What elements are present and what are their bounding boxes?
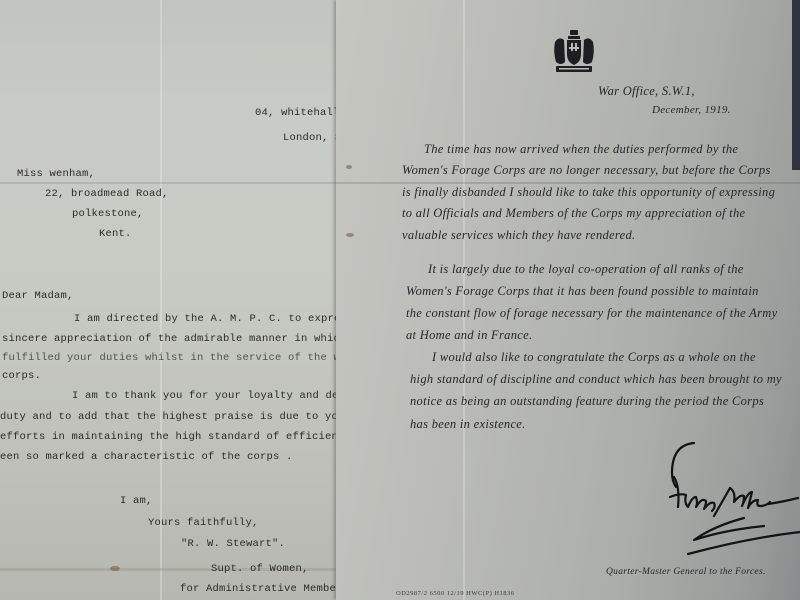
salutation: Dear Madam, <box>2 290 74 302</box>
background-edge <box>792 0 800 170</box>
paragraph-1-line-1: The time has now arrived when the duties… <box>424 142 738 157</box>
body-line-4: corps. <box>2 370 41 382</box>
closing-line1: I am, <box>120 495 153 507</box>
document-photo: 04, whitehall London, S Miss wenham, 22,… <box>0 0 800 600</box>
paragraph-1-line-2: Women's Forage Corps are no longer neces… <box>402 163 771 178</box>
sender-address-line1: 04, whitehall <box>255 107 340 119</box>
body-line-1: I am directed by the A. M. P. C. to expr… <box>74 313 340 325</box>
body-line-8: een so marked a characteristic of the co… <box>0 451 293 463</box>
stain <box>346 165 352 169</box>
paragraph-2-line-3: the constant flow of forage necessary fo… <box>406 306 777 321</box>
body-line-6: duty and to add that the highest praise … <box>0 411 340 423</box>
letter-date: December, 1919. <box>652 104 731 116</box>
office-address: War Office, S.W.1, <box>598 84 695 99</box>
recipient-street: 22, broadmead Road, <box>45 188 169 200</box>
paragraph-2-line-4: at Home and in France. <box>406 328 532 343</box>
handwritten-signature-icon <box>648 440 800 560</box>
body-line-2: sincere appreciation of the admirable ma… <box>2 333 340 345</box>
paragraph-3-line-1: I would also like to congratulate the Co… <box>432 350 756 365</box>
paragraph-3-line-2: high standard of discipline and conduct … <box>410 372 782 387</box>
printed-letter-sheet: War Office, S.W.1, December, 1919. The t… <box>336 0 800 600</box>
fold-crease <box>463 0 465 600</box>
royal-coat-of-arms-icon <box>553 28 595 76</box>
body-line-7: efforts in maintaining the high standard… <box>0 431 340 443</box>
recipient-town: polkestone, <box>72 208 144 220</box>
stain <box>346 233 354 237</box>
closing-line2: Yours faithfully, <box>148 517 259 529</box>
print-code: OD2987/2 6500 12/19 HWC(P) H1836 <box>396 590 515 597</box>
sender-address-line2: London, S <box>283 132 340 144</box>
signature-title: Quarter-Master General to the Forces. <box>606 567 766 577</box>
paragraph-1-line-4: to all Officials and Members of the Corp… <box>402 206 745 221</box>
body-line-3: fulfilled your duties whilst in the serv… <box>2 352 340 364</box>
signatory-name: "R. W. Stewart". <box>181 538 285 550</box>
paragraph-2-line-2: Women's Forage Corps that it has been fo… <box>406 284 759 299</box>
paragraph-1-line-5: valuable services which they have render… <box>402 228 635 243</box>
paragraph-3-line-3: notice as being an outstanding feature d… <box>410 394 764 409</box>
stain <box>110 566 120 571</box>
paragraph-1-line-3: is finally disbanded I should like to ta… <box>402 185 775 200</box>
paragraph-2-line-1: It is largely due to the loyal co-operat… <box>428 262 744 277</box>
paragraph-3-line-4: has been in existence. <box>410 417 526 432</box>
body-line-5: I am to thank you for your loyalty and d… <box>72 390 340 402</box>
recipient-name: Miss wenham, <box>17 168 95 180</box>
signatory-title2: for Administrative Member, <box>180 583 340 595</box>
recipient-county: Kent. <box>99 228 132 240</box>
fold-crease <box>336 182 800 184</box>
typed-letter-sheet: 04, whitehall London, S Miss wenham, 22,… <box>0 0 340 600</box>
signatory-title1: Supt. of Women, <box>211 563 309 575</box>
